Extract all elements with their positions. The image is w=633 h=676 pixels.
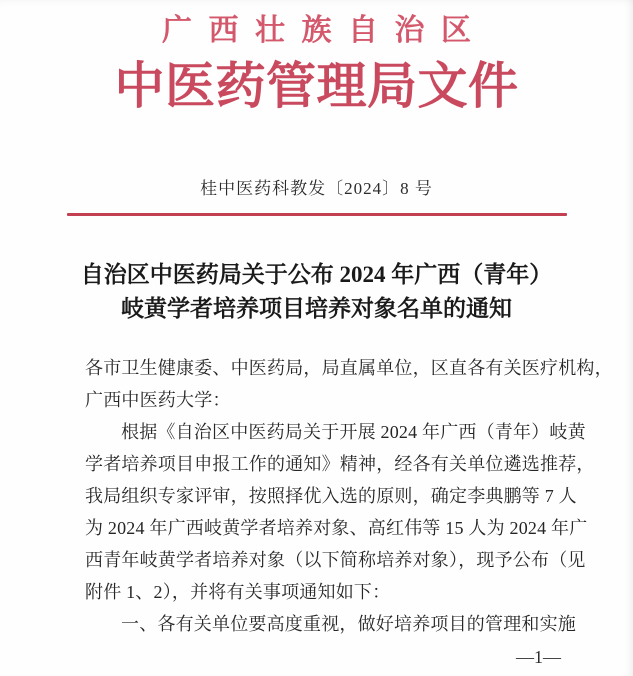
red-divider-rule <box>67 213 567 216</box>
document-title-line2: 岐黄学者培养项目培养对象名单的通知 <box>40 292 593 326</box>
document-reference-number: 桂中医药科教发〔2024〕8 号 <box>0 178 633 200</box>
body-line-paragraph-1: 根据《自治区中医药局关于开展 2024 年广西（青年）岐黄 <box>85 416 571 448</box>
document-title: 自治区中医药局关于公布 2024 年广西（青年） 岐黄学者培养项目培养对象名单的… <box>40 258 593 326</box>
body-line-recipients-2: 广西中医药大学： <box>85 384 571 416</box>
body-line-recipients-1: 各市卫生健康委、中医药局，局直属单位，区直各有关医疗机构， <box>85 352 571 384</box>
document-body: 各市卫生健康委、中医药局，局直属单位，区直各有关医疗机构， 广西中医药大学： 根… <box>85 352 571 640</box>
body-line-paragraph-6: 附件 1、2），并将有关事项通知如下： <box>85 576 571 608</box>
page-footer: —1— <box>0 646 633 668</box>
official-document-page: 广西壮族自治区 中医药管理局文件 桂中医药科教发〔2024〕8 号 自治区中医药… <box>0 0 633 676</box>
issuing-agency-banner: 中医药管理局文件 <box>0 56 633 116</box>
issuing-region-title: 广西壮族自治区 <box>0 14 633 48</box>
page-number: —1— <box>516 647 561 667</box>
body-line-paragraph-2: 学者培养项目申报工作的通知》精神，经各有关单位遴选推荐， <box>85 448 571 480</box>
body-line-item-one: 一、各有关单位要高度重视，做好培养项目的管理和实施 <box>85 608 571 640</box>
document-letterhead: 广西壮族自治区 中医药管理局文件 桂中医药科教发〔2024〕8 号 <box>0 14 633 216</box>
body-line-paragraph-4: 为 2024 年广西岐黄学者培养对象、高红伟等 15 人为 2024 年广 <box>85 512 571 544</box>
body-line-paragraph-3: 我局组织专家评审，按照择优入选的原则，确定李典鹏等 7 人 <box>85 480 571 512</box>
body-line-paragraph-5: 西青年岐黄学者培养对象（以下简称培养对象），现予公布（见 <box>85 544 571 576</box>
document-title-line1: 自治区中医药局关于公布 2024 年广西（青年） <box>40 258 593 292</box>
